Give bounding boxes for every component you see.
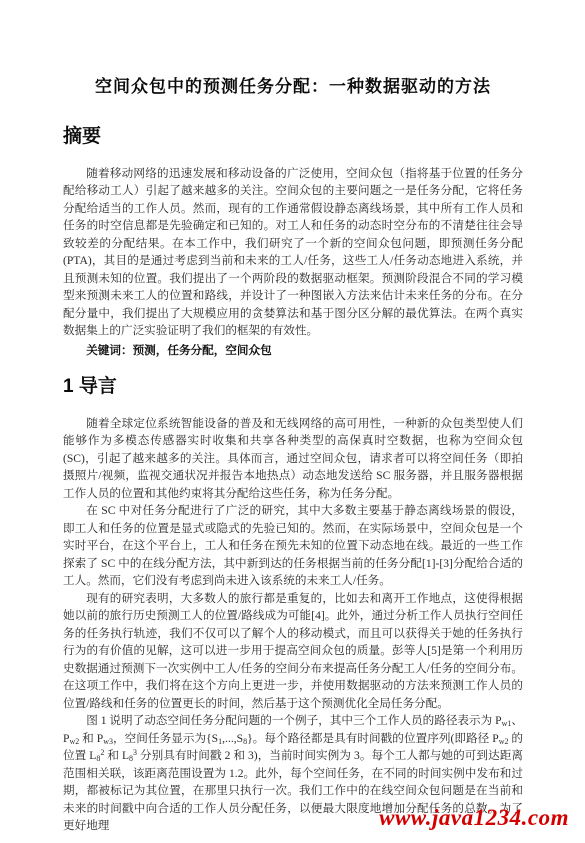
intro-paragraph-1: 随着全球定位系统智能设备的普及和无线网络的高可用性，一种新的众包类型使人们能够作… [63,415,523,503]
intro-paragraph-2: 在 SC 中对任务分配进行了广泛的研究，其中大多数主要基于静态离线场景的假设，即… [63,502,523,590]
watermark-text: www.java1234.com [379,804,569,832]
paper-title: 空间众包中的预测任务分配：一种数据驱动的方法 [63,76,523,99]
page-content: 空间众包中的预测任务分配：一种数据驱动的方法 摘要 随着移动网络的迅速发展和移动… [63,0,523,835]
paper-page: 空间众包中的预测任务分配：一种数据驱动的方法 摘要 随着移动网络的迅速发展和移动… [0,0,585,843]
introduction-heading: 1 导言 [63,375,523,400]
abstract-text: 随着移动网络的迅速发展和移动设备的广泛使用，空间众包（指将基于位置的任务分配给移… [63,165,523,340]
abstract-heading: 摘要 [63,125,523,150]
keywords-line: 关键词：预测，任务分配，空间众包 [63,342,523,360]
intro-paragraph-3: 现有的研究表明，大多数人的旅行都是重复的，比如去和离开工作地点，这使得根据她以前… [63,590,523,713]
